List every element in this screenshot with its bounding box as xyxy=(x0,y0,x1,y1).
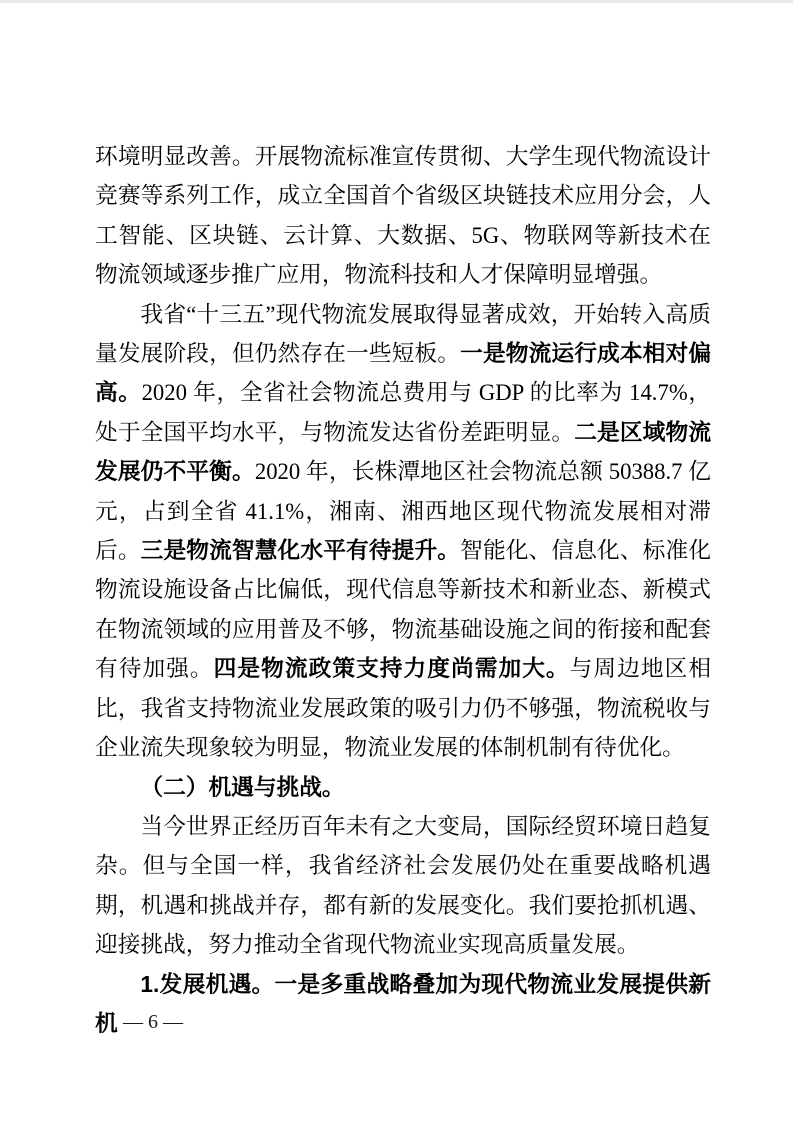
document-body: 环境明显改善。开展物流标准宣传贯彻、大学生现代物流设计竞赛等系列工作，成立全国首… xyxy=(95,137,711,1043)
page-top-edge-shadow xyxy=(0,0,793,3)
bold-emphasis-run: 三是物流智慧化水平有待提升。 xyxy=(141,537,460,563)
bold-emphasis-run: 1.发展机遇。一是多重战略叠加为现代物流业发展提供新机 xyxy=(95,971,711,1036)
page-number: — 6 — xyxy=(123,1010,183,1034)
paragraph: 我省“十三五”现代物流发展取得显著成效，开始转入高质量发展阶段，但仍然存在一些短… xyxy=(95,295,711,768)
bold-emphasis-run: 四是物流政策支持力度尚需加大。 xyxy=(214,655,570,681)
paragraph: 环境明显改善。开展物流标准宣传贯彻、大学生现代物流设计竞赛等系列工作，成立全国首… xyxy=(95,137,711,295)
bold-emphasis-run: （二）机遇与挑战。 xyxy=(140,774,344,800)
text-run: 环境明显改善。开展物流标准宣传贯彻、大学生现代物流设计竞赛等系列工作，成立全国首… xyxy=(95,144,711,287)
paragraph: 当今世界正经历百年未有之大变局，国际经贸环境日趋复杂。但与全国一样，我省经济社会… xyxy=(95,807,711,965)
paragraph: 1.发展机遇。一是多重战略叠加为现代物流业发展提供新机 xyxy=(95,965,711,1044)
text-run: 当今世界正经历百年未有之大变局，国际经贸环境日趋复杂。但与全国一样，我省经济社会… xyxy=(95,814,711,957)
paragraph: （二）机遇与挑战。 xyxy=(95,768,711,807)
document-page: 环境明显改善。开展物流标准宣传贯彻、大学生现代物流设计竞赛等系列工作，成立全国首… xyxy=(0,0,793,1122)
